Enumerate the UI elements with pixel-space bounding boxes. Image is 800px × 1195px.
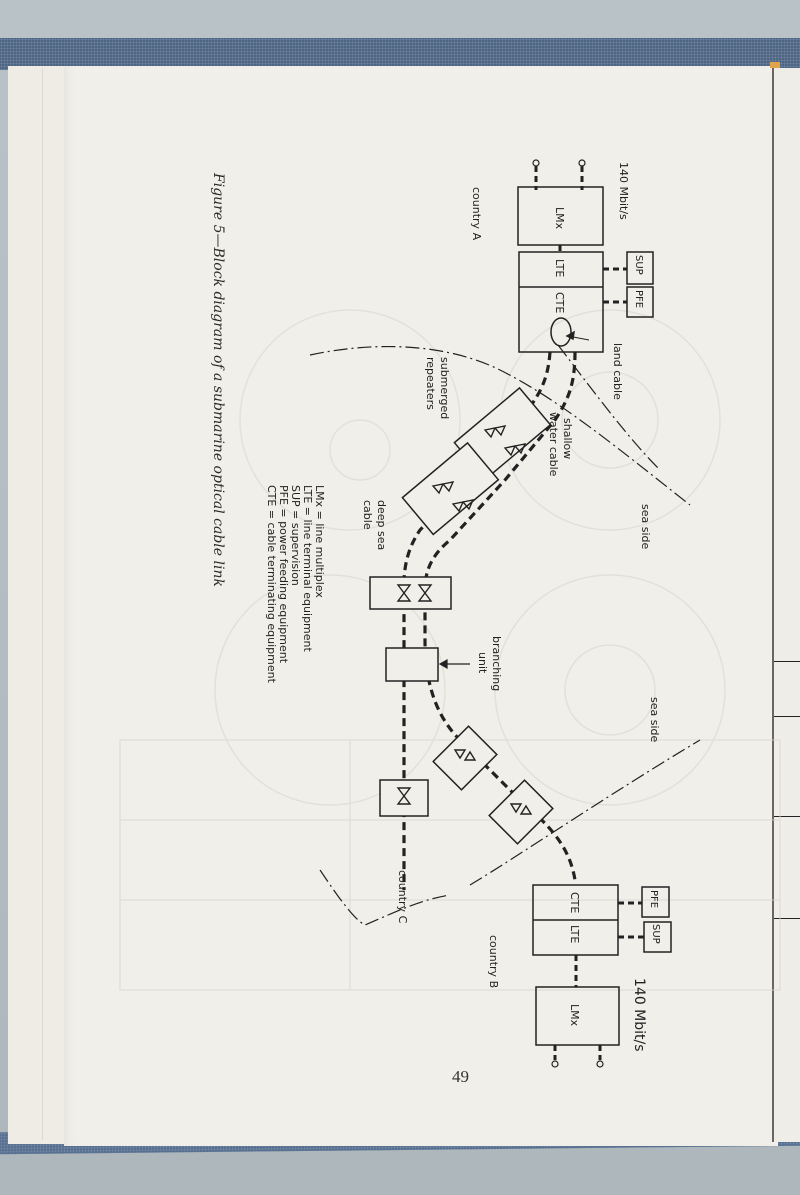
sea-side-label-top: sea side (639, 504, 652, 550)
sup-label-b: SUP (650, 924, 661, 944)
deep-sea-label-1: deep sea (375, 500, 388, 550)
country-a-labels: 140 Mbit/s country A LMx LTE CTE SUP PFE (470, 162, 644, 313)
cte-label-a: CTE (553, 292, 566, 313)
lmx-label-b: LMx (568, 1004, 581, 1027)
country-b-label: country B (487, 935, 500, 988)
page-number: 49 (452, 1067, 469, 1086)
submerged-repeater (402, 388, 550, 534)
bitrate-label-b-handwritten: 140 Mbit/s (631, 978, 647, 1052)
diagram-canvas: 140 Mbit/s country A LMx LTE CTE SUP PFE… (0, 0, 800, 1195)
country-a-label: country A (470, 187, 483, 241)
lmx-label-a: LMx (553, 207, 566, 230)
sup-label-a: SUP (633, 255, 644, 275)
pfe-label-a: PFE (633, 290, 644, 308)
branching-unit-label-2: unit (476, 652, 489, 674)
lte-label-b: LTE (568, 925, 581, 943)
legend-item: CTE = cable terminating equipment (265, 485, 278, 684)
country-b-labels: CTE LTE LMx PFE SUP country B 140 Mbit/s (487, 890, 661, 1052)
pfe-label-b: PFE (648, 890, 659, 908)
shallow-water-label-1: shallow (561, 418, 574, 459)
country-b-terminal (533, 885, 671, 1067)
diagonal-repeaters-b (433, 726, 553, 844)
country-a-terminal (518, 160, 653, 352)
bitrate-label-a: 140 Mbit/s (617, 162, 630, 220)
branching-arrow (440, 660, 470, 668)
sea-side-label-bottom: sea side (648, 697, 661, 743)
submerged-repeaters-label-1: submerged (438, 357, 451, 419)
legend: LMx = line multiplex LTE = line terminal… (265, 485, 326, 684)
deep-sea-label-2: cable (361, 500, 374, 530)
submerged-repeaters-label-2: repeaters (424, 357, 437, 410)
branching-unit-box (386, 648, 438, 681)
shallow-water-label-2: water cable (547, 412, 560, 477)
cte-label-b: CTE (568, 892, 581, 913)
deep-sea-repeater (370, 577, 451, 816)
land-cable-label: land cable (611, 343, 624, 400)
figure-caption: Figure 5—Block diagram of a submarine op… (210, 172, 226, 587)
branching-unit-label-1: branching (490, 636, 503, 691)
lte-label-a: LTE (553, 259, 566, 277)
country-c-label: country C (396, 870, 409, 924)
